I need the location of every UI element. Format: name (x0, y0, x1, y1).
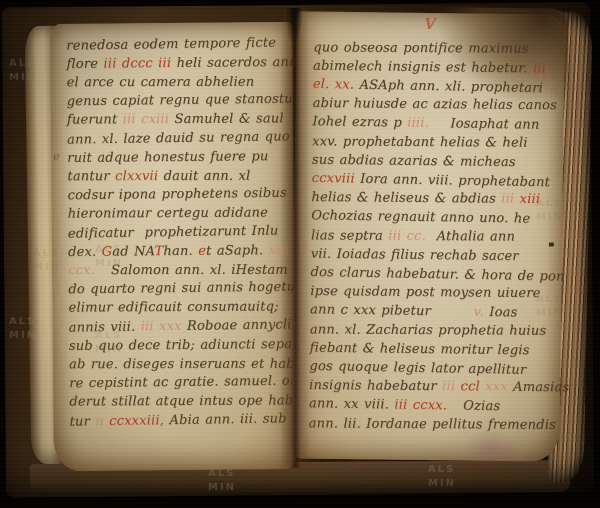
text-segment: sus abdias azarias & micheas (312, 152, 516, 169)
text-segment: el arce cu camera abhelien (67, 74, 255, 89)
text-segment: Salomon ann. xl. iHestam (111, 262, 288, 277)
text-segment: ann. lii. Iordanae pellitus fremendis (309, 416, 556, 432)
manuscript-line: ccx. Salomon ann. xl. iHestam (68, 261, 293, 280)
text-segment: Ozias (452, 399, 500, 415)
text-segment: genus capiat regnu que stanostu (67, 92, 293, 110)
rubric-segment: xiii (520, 192, 541, 207)
rubric-segment: ccx. (68, 263, 111, 278)
text-segment: gos quoque legis lator apellitur (309, 358, 526, 377)
manuscript-line: do quarto regni sui annis hogetur (68, 279, 293, 300)
rubric-segment: v. (474, 305, 490, 320)
rubric-segment: iiii. (407, 116, 440, 131)
text-segment: Roboae annycli (187, 317, 292, 334)
manuscript-line: tantur clxxvii dauit ann. xl (67, 167, 292, 186)
rubric-segment: ccl (460, 380, 485, 395)
text-segment: derut stillat atque intus ope habe (69, 393, 301, 409)
text-segment: abimelech insignis est habetur. (313, 58, 533, 76)
quire-mark: V (424, 15, 435, 33)
text-segment: t aSaph. (206, 243, 269, 259)
manuscript-line: codsur ipona prophetens osibus (67, 185, 292, 206)
text-segment: dauit ann. xl (164, 168, 251, 183)
text-segment: ann. xl. laze dauid su regna quo (67, 129, 290, 147)
text-segment: Amasias (513, 380, 569, 396)
text-segment: ann. xl. Zacharias prophetia huius (310, 322, 546, 338)
rubric-segment: iii ccxx. (394, 398, 452, 414)
manuscript-photo: e renedosa eodem tempore ficteflore iii … (0, 0, 600, 508)
text-segment: tur (69, 414, 95, 429)
rubric-segment: iii (533, 61, 546, 76)
text-segment: dos clarus habebatur. & hora de pon (310, 264, 564, 284)
manuscript-line: Ochozias regnauit anno uno. he (311, 207, 551, 229)
manuscript-line: lias septra iii cc. Athalia ann (311, 227, 551, 247)
manuscript-line: flore iii dccc iii heli sacerdos ann (66, 54, 291, 75)
text-segment: ASAph ann. xli. prophetari (359, 77, 543, 95)
rubric-segment: iii (442, 379, 461, 394)
manuscript-line: xxv. prophetabant helias & heli (312, 133, 552, 153)
text-segment: Iosaphat ann (440, 116, 540, 133)
rubric-segment: el. xx. (313, 76, 360, 92)
text-segment: helias & heliseus & abdias (311, 190, 501, 207)
rubric-segment: iii dccc iii (103, 56, 176, 72)
rubric-segment: xxx (159, 319, 187, 334)
rubric-segment: n (95, 414, 109, 429)
rubric-segment: iii (501, 192, 520, 207)
rubric-segment: e (198, 243, 206, 258)
text-segment: han. (163, 244, 198, 259)
left-page-text: renedosa eodem tempore ficteflore iii dc… (66, 35, 294, 432)
text-segment: hieronimaur certegu adidane (68, 206, 268, 222)
ink-dot (549, 242, 554, 246)
text-segment: annis viii. (69, 319, 141, 335)
manuscript-line: quo obseosa pontifice maximus (313, 39, 553, 59)
text-segment: ab rue. diseges inseruans et habe (69, 356, 303, 372)
manuscript-line: ann. xx viii. iii ccxx. Ozias (309, 395, 549, 417)
text-segment: renedosa eodem tempore ficte (66, 35, 276, 53)
text-segment: fuerunt (67, 112, 123, 127)
manuscript-line: dex. Gad NAThan. et aSaph. xiii (68, 242, 293, 263)
manuscript-line: derut stillat atque intus ope habe (69, 392, 294, 412)
rubric-segment: G (102, 244, 113, 259)
text-segment: ruit adque honestus fuere pu (67, 149, 268, 166)
text-segment: NA (134, 244, 155, 259)
text-segment: ann c xxx pibetur (310, 302, 474, 320)
text-segment: Samuhel & saul (174, 112, 283, 128)
manuscript-line: sub quo dece trib; adiuncti sepagre (69, 336, 294, 357)
left-page: e renedosa eodem tempore ficteflore iii … (50, 22, 296, 471)
manuscript-line: ann. xl. Zacharias prophetia huius (310, 321, 550, 341)
rubric-segment: iii cxiii (123, 112, 175, 127)
text-segment: Abia ann. iii. sub (169, 411, 286, 428)
manuscript-line: tur n ccxxxiii, Abia ann. iii. sub (69, 410, 294, 432)
manuscript-line: genus capiat regnu que stanostu (67, 91, 292, 112)
text-segment: ann. xx viii. (309, 396, 395, 412)
rubric-segment: xiii (269, 243, 290, 258)
rubric-segment: ccxxxiii, (109, 413, 170, 429)
text-segment: edificatur prophetizarunt Inlu (68, 223, 279, 241)
text-segment: tantur (67, 169, 115, 184)
text-segment: quo obseosa pontifice maximus (313, 40, 528, 56)
right-page: V quo obseosa pontifice maximusabimelech… (291, 11, 564, 461)
manuscript-line: re cepistint ac gratie. samuel. om (69, 373, 294, 394)
text-segment: insignis habebatur (309, 378, 442, 394)
rubric-segment: xxx (485, 380, 513, 395)
margin-note: e (53, 150, 60, 163)
text-segment: Athalia ann (437, 229, 515, 244)
rubric-segment: clxxvii (115, 169, 164, 184)
manuscript-line: fuerunt iii cxiii Samuhel & saul (67, 110, 292, 130)
rubric-segment: ccxviii (312, 170, 361, 186)
text-segment: do quarto regni sui annis hogetur (68, 280, 302, 298)
text-segment: re cepistint ac gratie. samuel. om (69, 374, 302, 392)
text-segment: ad (112, 244, 134, 259)
manuscript-line: ruit adque honestus fuere pu (67, 148, 292, 169)
manuscript-line: ab rue. diseges inseruans et habe (69, 355, 294, 374)
text-segment: elimur edificauit consumauitq; (68, 300, 278, 316)
rubric-segment: iii (141, 319, 160, 334)
text-segment: dex. (68, 244, 102, 259)
text-segment: heli sacerdos ann (176, 55, 297, 71)
text-segment: abiur huiusde ac azias helias canos (313, 96, 557, 113)
text-segment: sub quo dece trib; adiuncti sepagre (69, 337, 315, 354)
text-segment: Iora ann. viii. prophetabant (360, 171, 550, 190)
right-page-text: quo obseosa pontifice maximusabimelech i… (309, 39, 554, 437)
text-segment: codsur ipona prophetens osibus (67, 186, 286, 204)
text-segment: Iohel ezras p (312, 114, 407, 130)
rubric-segment: iii cc. (388, 229, 436, 244)
manuscript-line: ann c xxx pibetur v. Ioas (310, 301, 550, 323)
text-segment: xxv. prophetabant helias & heli (312, 134, 528, 150)
manuscript-line: ann. lii. Iordanae pellitus fremendis (309, 415, 549, 435)
text-segment: Ioas (489, 305, 517, 320)
manuscript-line: Iohel ezras p iiii. Iosaphat ann (312, 113, 552, 135)
text-segment: flore (66, 56, 103, 71)
text-segment: vii. Ioiadas filius rechab sacer (311, 246, 519, 264)
text-segment: Ochozias regnauit anno uno. he (311, 208, 530, 226)
text-segment: lias septra (311, 228, 388, 243)
manuscript-line: elimur edificauit consumauitq; (68, 298, 293, 318)
manuscript-line: hieronimaur certegu adidane (68, 204, 293, 224)
text-segment: ipse quisdam post moysen uiuere (310, 284, 540, 301)
manuscript-line: el arce cu camera abhelien (67, 73, 292, 92)
text-segment: fiebant & heliseus moritur legis (310, 340, 530, 358)
